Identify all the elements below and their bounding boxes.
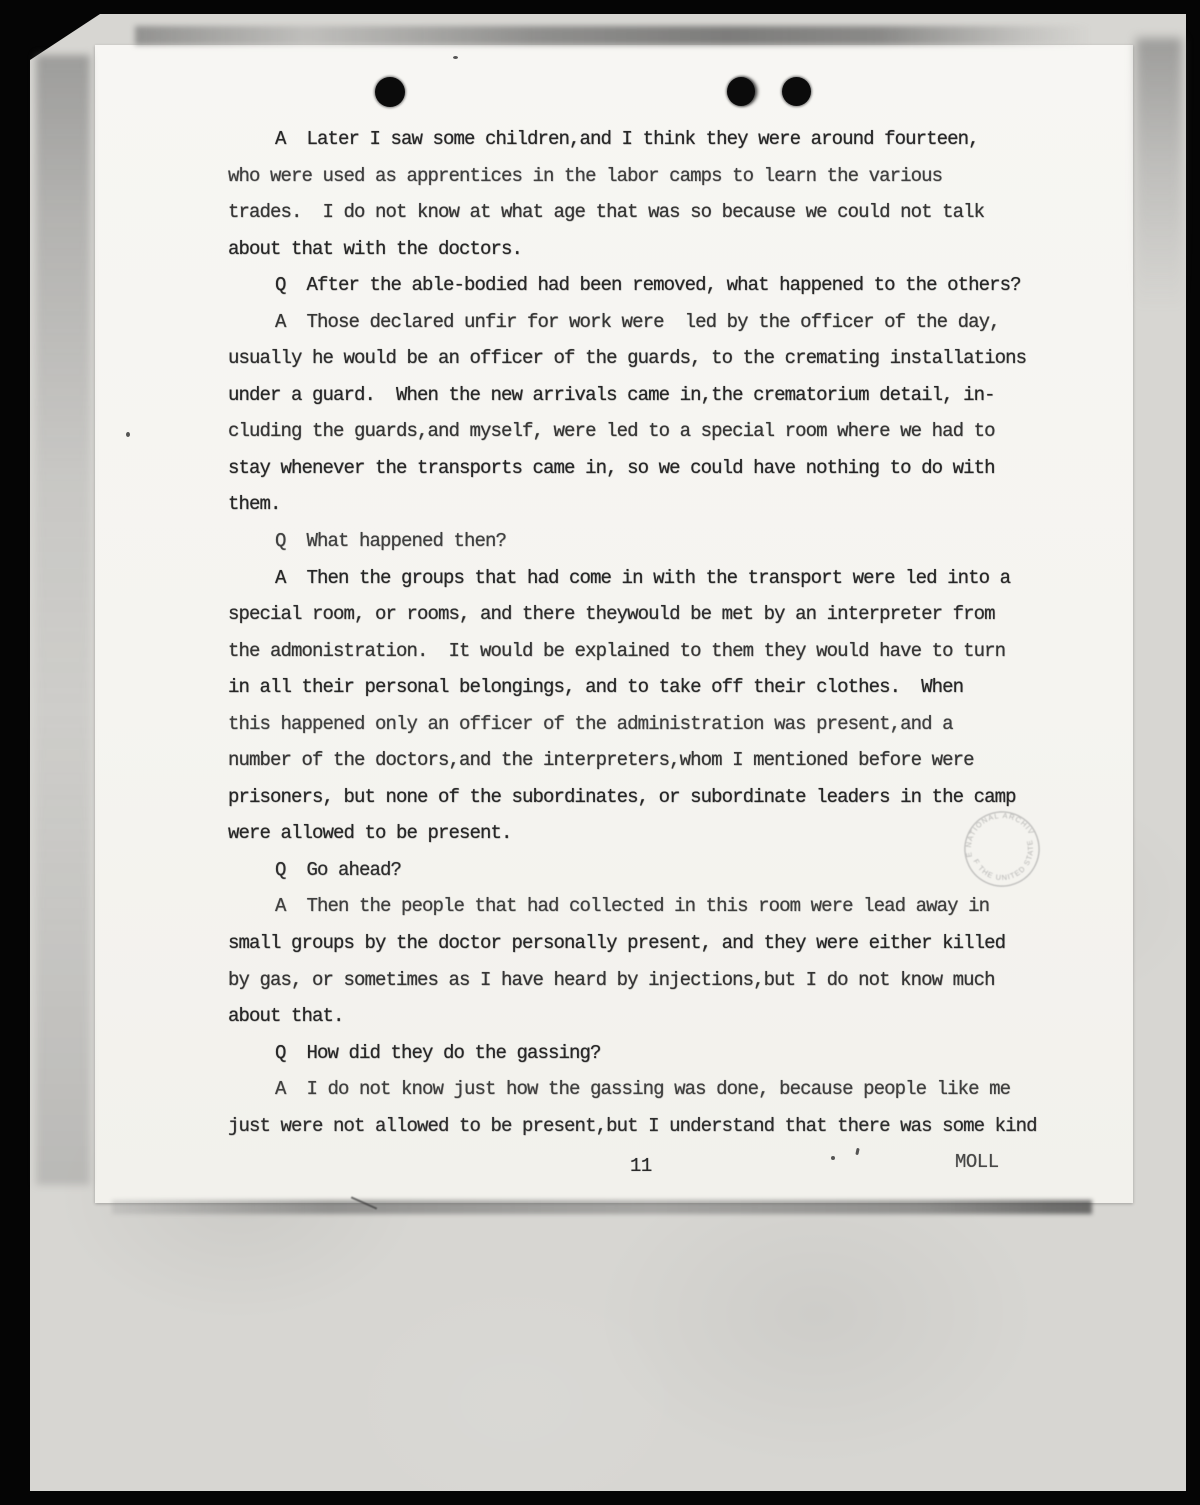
typed-line: trades. I do not know at what age that w… (228, 194, 1088, 231)
page-number: 11 (630, 1155, 652, 1177)
scan-background: A Later I saw some children,and I think … (0, 0, 1200, 1505)
typed-line: this happened only an officer of the adm… (228, 706, 1088, 743)
punch-hole-icon (727, 77, 755, 106)
typed-line: A Those declared unfir for work were led… (228, 304, 1088, 341)
typed-line: by gas, or sometimes as I have heard by … (228, 962, 1088, 999)
typed-line: special room, or rooms, and there theywo… (228, 596, 1088, 633)
typed-line: them. (228, 486, 1088, 523)
punch-hole-icon (375, 77, 405, 107)
typed-text-block: A Later I saw some children,and I think … (228, 121, 1088, 1144)
typed-line: A I do not know just how the gassing was… (228, 1071, 1088, 1108)
typed-line: about that with the doctors. (228, 231, 1088, 268)
typed-line: cluding the guards,and myself, were led … (228, 413, 1088, 450)
ink-speck (453, 56, 458, 59)
typed-line: prisoners, but none of the subordinates,… (228, 779, 1088, 816)
typed-line: the admonistration. It would be explaine… (228, 633, 1088, 670)
typed-line: A Later I saw some children,and I think … (228, 121, 1088, 158)
typed-line: about that. (228, 998, 1088, 1035)
typed-line: who were used as apprentices in the labo… (228, 158, 1088, 195)
typed-line: A Then the groups that had come in with … (228, 560, 1088, 597)
typed-line: stay whenever the transports came in, so… (228, 450, 1088, 487)
ink-speck (831, 1156, 835, 1160)
punch-hole-icon (782, 77, 811, 106)
typed-line: just were not allowed to be present,but … (228, 1108, 1088, 1145)
typed-line: Q What happened then? (228, 523, 1088, 560)
typed-line: under a guard. When the new arrivals cam… (228, 377, 1088, 414)
typed-line: small groups by the doctor personally pr… (228, 925, 1088, 962)
typed-line: Q After the able-bodied had been removed… (228, 267, 1088, 304)
typed-line: usually he would be an officer of the gu… (228, 340, 1088, 377)
typed-line: A Then the people that had collected in … (228, 888, 1088, 925)
typed-line: Q How did they do the gassing? (228, 1035, 1088, 1072)
footer-name-tag: MOLL (955, 1151, 999, 1173)
ink-speck (126, 432, 130, 437)
typed-line: in all their personal belongings, and to… (228, 669, 1088, 706)
typed-line: number of the doctors,and the interprete… (228, 742, 1088, 779)
